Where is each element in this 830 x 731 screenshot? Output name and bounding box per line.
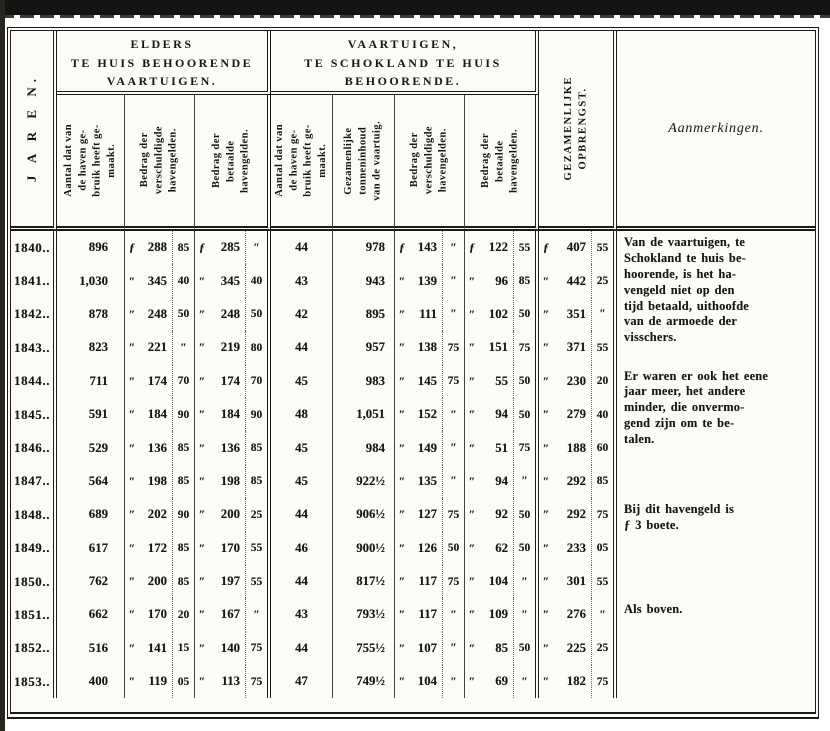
cents: 85	[591, 465, 613, 498]
guilder-sign: ″	[395, 632, 409, 665]
schokland-title: VAARTUIGEN, TE SCHOKLAND TE HUIS BEHOORE…	[304, 35, 502, 91]
year-cell: 1847..	[11, 465, 57, 498]
guilders: 172	[139, 532, 172, 565]
cents: ″	[245, 598, 267, 631]
cents: 55	[591, 231, 613, 264]
opbrengst-value: ″ 442 25	[539, 264, 617, 297]
guilder-sign: ″	[125, 365, 139, 398]
guilders: 345	[209, 264, 245, 297]
guilders: 145	[409, 365, 442, 398]
cents: 25	[591, 264, 613, 297]
elders-aantal-value: 400	[57, 665, 125, 698]
schokland-verschuldigd-value: ″ 126 50	[395, 532, 465, 565]
guilder-sign: ″	[195, 264, 209, 297]
schokland-tonnen-value: 983	[333, 365, 395, 398]
guilders: 301	[553, 565, 591, 598]
guilders: 138	[409, 331, 442, 364]
guilder-sign: ″	[125, 298, 139, 331]
cents: 55	[591, 565, 613, 598]
guilder-sign: ″	[195, 665, 209, 698]
schokland-tonnen-value: 957	[333, 331, 395, 364]
schokland-verschuldigd-value: ″ 111 ″	[395, 298, 465, 331]
guilder-sign: ″	[195, 331, 209, 364]
elders-betaald-value: ″ 200 25	[195, 498, 271, 531]
schokland-betaald-value: ″ 104 ″	[465, 565, 539, 598]
header-jaren: J A R E N.	[11, 31, 57, 231]
guilders: 345	[139, 264, 172, 297]
remark-note: Als boven.	[624, 602, 811, 618]
year-cell: 1852..	[11, 632, 57, 665]
cents: ″	[442, 632, 464, 665]
opbrengst-value: ″ 230 20	[539, 365, 617, 398]
cents: 50	[513, 532, 535, 565]
cents: ″	[442, 665, 464, 698]
header-aanmerkingen: Aanmerkingen.	[617, 31, 815, 231]
guilder-sign: ″	[125, 598, 139, 631]
schokland-aantal-value: 44	[271, 331, 333, 364]
guilder-sign: ″	[465, 465, 479, 498]
cents: 85	[513, 264, 535, 297]
schokland-aantal-value: 43	[271, 598, 333, 631]
year-cell: 1843..	[11, 331, 57, 364]
year-cell: 1849..	[11, 532, 57, 565]
guilder-sign: ″	[125, 264, 139, 297]
guilders: 198	[209, 465, 245, 498]
cents: 50	[513, 498, 535, 531]
guilder-sign: ″	[125, 532, 139, 565]
cents: 05	[172, 665, 194, 698]
schokland-tonnen-value: 984	[333, 431, 395, 464]
guilders: 117	[409, 598, 442, 631]
elders-verschuldigd-value: ″ 345 40	[125, 264, 195, 297]
guilder-sign: ″	[125, 331, 139, 364]
cents: 75	[513, 331, 535, 364]
guilder-sign: ″	[195, 431, 209, 464]
guilder-sign: ″	[395, 598, 409, 631]
opbrengst-value: ″ 301 55	[539, 565, 617, 598]
guilder-sign: ƒ	[465, 231, 479, 264]
schokland-tonnen-value: 755½	[333, 632, 395, 665]
group-header-schokland: VAARTUIGEN, TE SCHOKLAND TE HUIS BEHOORE…	[271, 31, 539, 95]
cents: 75	[442, 331, 464, 364]
guilders: 143	[409, 231, 442, 264]
elders-verschuldigd-value: ƒ 288 85	[125, 231, 195, 264]
schokland-aantal-value: 44	[271, 231, 333, 264]
schokland-verschuldigd-value: ″ 117 ″	[395, 598, 465, 631]
opbrengst-value: ″ 276 ″	[539, 598, 617, 631]
guilder-sign: ″	[539, 665, 553, 698]
schokland-verschuldigd-value: ″ 127 75	[395, 498, 465, 531]
schokland-aantal-value: 48	[271, 398, 333, 431]
cents: 05	[591, 532, 613, 565]
guilders: 219	[209, 331, 245, 364]
guilder-sign: ƒ	[195, 231, 209, 264]
cents: 50	[442, 532, 464, 565]
guilders: 197	[209, 565, 245, 598]
schokland-verschuldigd-value: ″ 135 ″	[395, 465, 465, 498]
guilders: 151	[479, 331, 513, 364]
guilders: 109	[479, 598, 513, 631]
schokland-aantal-value: 43	[271, 264, 333, 297]
guilders: 149	[409, 431, 442, 464]
guilder-sign: ″	[465, 498, 479, 531]
subheader-elders-aantal: Aantal dat van de haven ge- bruik heeft …	[57, 95, 125, 231]
guilder-sign: ″	[195, 365, 209, 398]
guilders: 225	[553, 632, 591, 665]
guilder-sign: ″	[465, 632, 479, 665]
cents: 85	[172, 565, 194, 598]
scan-top-edge-artifact	[0, 0, 830, 15]
guilder-sign: ″	[125, 431, 139, 464]
year-cell: 1850..	[11, 565, 57, 598]
guilder-sign: ″	[539, 565, 553, 598]
guilder-sign: ″	[195, 565, 209, 598]
guilders: 152	[409, 398, 442, 431]
opbrengst-value: ƒ 407 55	[539, 231, 617, 264]
guilder-sign: ″	[395, 398, 409, 431]
cents: ″	[591, 598, 613, 631]
cents: 50	[245, 298, 267, 331]
guilder-sign: ″	[465, 431, 479, 464]
guilders: 188	[553, 431, 591, 464]
subheader-schokland-aantal: Aantal dat van de haven ge- bruik heeft …	[271, 95, 333, 231]
schokland-tonnen-value: 943	[333, 264, 395, 297]
cents: ″	[442, 465, 464, 498]
guilder-sign: ″	[539, 431, 553, 464]
elders-verschuldigd-value: ″ 170 20	[125, 598, 195, 631]
remark-note: Er waren er ook het eene jaar meer, het …	[624, 369, 811, 448]
cents: 75	[442, 565, 464, 598]
year-cell: 1848..	[11, 498, 57, 531]
elders-verschuldigd-value: ″ 200 85	[125, 565, 195, 598]
elders-aantal-value: 662	[57, 598, 125, 631]
schokland-betaald-value: ″ 51 75	[465, 431, 539, 464]
cents: ″	[513, 598, 535, 631]
year-cell: 1846..	[11, 431, 57, 464]
cents: 40	[245, 264, 267, 297]
guilders: 119	[139, 665, 172, 698]
schokland-betaald-value: ″ 92 50	[465, 498, 539, 531]
guilders: 184	[139, 398, 172, 431]
guilder-sign: ″	[125, 465, 139, 498]
guilder-sign: ″	[395, 264, 409, 297]
schokland-verschuldigd-value: ″ 152 ″	[395, 398, 465, 431]
subheader-schokland-tonnen: Gezamenlijke tonneninhoud van de vaartui…	[333, 95, 395, 231]
guilders: 170	[139, 598, 172, 631]
guilders: 221	[139, 331, 172, 364]
elders-aantal-value: 591	[57, 398, 125, 431]
elders-betaald-value: ″ 184 90	[195, 398, 271, 431]
year-cell: 1840..	[11, 231, 57, 264]
schokland-aantal-value: 44	[271, 632, 333, 665]
elders-betaald-value: ″ 136 85	[195, 431, 271, 464]
guilders: 126	[409, 532, 442, 565]
guilder-sign: ″	[395, 331, 409, 364]
schokland-verschuldigd-value: ″ 149 ″	[395, 431, 465, 464]
guilder-sign: ″	[465, 665, 479, 698]
cents: 85	[172, 231, 194, 264]
guilder-sign: ″	[465, 565, 479, 598]
schokland-betaald-value: ″ 55 50	[465, 365, 539, 398]
guilder-sign: ″	[395, 298, 409, 331]
cents: ″	[442, 298, 464, 331]
guilders: 62	[479, 532, 513, 565]
cents: 90	[172, 398, 194, 431]
jaren-label: J A R E N.	[23, 74, 41, 182]
guilder-sign: ″	[125, 498, 139, 531]
scanned-document-page: J A R E N. ELDERS TE HUIS BEHOORENDE VAA…	[0, 0, 830, 731]
schokland-betaald-value: ″ 109 ″	[465, 598, 539, 631]
guilders: 127	[409, 498, 442, 531]
schokland-tonnen-value: 922½	[333, 465, 395, 498]
elders-aantal-value: 1,030	[57, 264, 125, 297]
elders-betaald-value: ″ 170 55	[195, 532, 271, 565]
elders-aantal-label: Aantal dat van de haven ge- bruik heeft …	[62, 124, 119, 197]
guilder-sign: ƒ	[395, 231, 409, 264]
elders-verschuldigd-value: ″ 136 85	[125, 431, 195, 464]
subheader-elders-verschuldigd: Bedrag der verschuldigde havengelden.	[125, 95, 195, 231]
cents: ″	[442, 598, 464, 631]
subheader-elders-betaald: Bedrag der betaalde havengelden.	[195, 95, 271, 231]
schokland-betaald-value: ″ 96 85	[465, 264, 539, 297]
remark-note: Van de vaartuigen, te Schokland te huis …	[624, 235, 811, 346]
guilders: 139	[409, 264, 442, 297]
elders-aantal-value: 689	[57, 498, 125, 531]
guilders: 170	[209, 532, 245, 565]
guilder-sign: ″	[539, 398, 553, 431]
guilders: 230	[553, 365, 591, 398]
cents: 15	[172, 632, 194, 665]
elders-betaald-value: ″ 113 75	[195, 665, 271, 698]
guilders: 122	[479, 231, 513, 264]
cents: 50	[513, 632, 535, 665]
guilder-sign: ″	[539, 532, 553, 565]
guilders: 442	[553, 264, 591, 297]
cents: 75	[513, 431, 535, 464]
schokland-aantal-value: 44	[271, 565, 333, 598]
schokland-verschuldigd-value: ƒ 143 ″	[395, 231, 465, 264]
guilders: 104	[409, 665, 442, 698]
scan-top-edge-noise	[0, 15, 830, 18]
schokland-tonnen-value: 978	[333, 231, 395, 264]
opbrengst-value: ″ 188 60	[539, 431, 617, 464]
schokland-betaald-value: ″ 102 50	[465, 298, 539, 331]
remark-note: Bij dit havengeld is ƒ 3 boete.	[624, 502, 811, 534]
cents: 90	[172, 498, 194, 531]
elders-aantal-value: 878	[57, 298, 125, 331]
schokland-verschuldigd-value: ″ 107 ″	[395, 632, 465, 665]
schokland-aantal-value: 45	[271, 431, 333, 464]
schokland-betaald-value: ″ 151 75	[465, 331, 539, 364]
guilders: 51	[479, 431, 513, 464]
schokland-aantal-value: 46	[271, 532, 333, 565]
year-cell: 1844..	[11, 365, 57, 398]
schokland-aantal-value: 45	[271, 365, 333, 398]
cents: ″	[442, 398, 464, 431]
cents: ″	[442, 431, 464, 464]
opbrengst-value: ″ 233 05	[539, 532, 617, 565]
elders-verschuldigd-value: ″ 141 15	[125, 632, 195, 665]
schokland-aantal-value: 45	[271, 465, 333, 498]
havengelden-table: J A R E N. ELDERS TE HUIS BEHOORENDE VAA…	[7, 27, 819, 719]
guilders: 85	[479, 632, 513, 665]
guilder-sign: ″	[395, 532, 409, 565]
scan-left-edge-artifact	[0, 0, 5, 731]
opbrengst-value: ″ 371 55	[539, 331, 617, 364]
cents: 25	[591, 632, 613, 665]
guilder-sign: ″	[465, 298, 479, 331]
guilders: 292	[553, 498, 591, 531]
guilder-sign: ″	[125, 665, 139, 698]
cents: 75	[442, 365, 464, 398]
elders-betaald-value: ″ 219 80	[195, 331, 271, 364]
elders-verschuldigd-value: ″ 202 90	[125, 498, 195, 531]
cents: ″	[591, 298, 613, 331]
guilders: 55	[479, 365, 513, 398]
elders-verschuldigd-value: ″ 174 70	[125, 365, 195, 398]
cents: 50	[172, 298, 194, 331]
cents: 50	[513, 398, 535, 431]
cents: ″	[172, 331, 194, 364]
elders-betaald-value: ″ 345 40	[195, 264, 271, 297]
guilders: 285	[209, 231, 245, 264]
guilder-sign: ″	[539, 331, 553, 364]
schokland-aantal-value: 47	[271, 665, 333, 698]
elders-betaald-value: ƒ 285 ″	[195, 231, 271, 264]
schokland-verschuldigd-label: Bedrag der verschuldigde havengelden.	[408, 126, 451, 194]
guilders: 248	[209, 298, 245, 331]
elders-aantal-value: 823	[57, 331, 125, 364]
schokland-verschuldigd-value: ″ 117 75	[395, 565, 465, 598]
schokland-betaald-value: ″ 69 ″	[465, 665, 539, 698]
elders-betaald-value: ″ 248 50	[195, 298, 271, 331]
opbrengst-value: ″ 351 ″	[539, 298, 617, 331]
guilder-sign: ″	[539, 264, 553, 297]
schokland-tonnen-value: 817½	[333, 565, 395, 598]
cents: 55	[513, 231, 535, 264]
table-grid: J A R E N. ELDERS TE HUIS BEHOORENDE VAA…	[11, 31, 815, 712]
schokland-verschuldigd-value: ″ 104 ″	[395, 665, 465, 698]
guilders: 174	[139, 365, 172, 398]
year-cell: 1853..	[11, 665, 57, 698]
schokland-betaald-value: ″ 85 50	[465, 632, 539, 665]
elders-betaald-value: ″ 174 70	[195, 365, 271, 398]
cents: 85	[172, 532, 194, 565]
elders-aantal-value: 711	[57, 365, 125, 398]
elders-title: ELDERS TE HUIS BEHOORENDE VAARTUIGEN.	[71, 35, 253, 91]
schokland-tonnen-label: Gezamenlijke tonneninhoud van de vaartui…	[342, 121, 385, 201]
cents: ″	[442, 264, 464, 297]
cents: 60	[591, 431, 613, 464]
schokland-betaald-value: ƒ 122 55	[465, 231, 539, 264]
aanmerkingen-label: Aanmerkingen.	[668, 121, 764, 137]
cents: 80	[245, 331, 267, 364]
schokland-tonnen-value: 793½	[333, 598, 395, 631]
guilders: 69	[479, 665, 513, 698]
guilders: 248	[139, 298, 172, 331]
opbrengst-value: ″ 182 75	[539, 665, 617, 698]
year-cell: 1851..	[11, 598, 57, 631]
schokland-tonnen-value: 900½	[333, 532, 395, 565]
guilders: 288	[139, 231, 172, 264]
guilders: 136	[209, 431, 245, 464]
guilders: 371	[553, 331, 591, 364]
schokland-betaald-value: ″ 94 ″	[465, 465, 539, 498]
guilders: 276	[553, 598, 591, 631]
opbrengst-value: ″ 225 25	[539, 632, 617, 665]
guilder-sign: ″	[539, 632, 553, 665]
elders-verschuldigd-value: ″ 184 90	[125, 398, 195, 431]
guilders: 200	[139, 565, 172, 598]
guilder-sign: ″	[195, 465, 209, 498]
guilder-sign: ″	[465, 398, 479, 431]
guilders: 167	[209, 598, 245, 631]
guilder-sign: ″	[465, 365, 479, 398]
cents: 75	[245, 632, 267, 665]
cents: 20	[591, 365, 613, 398]
elders-betaald-value: ″ 167 ″	[195, 598, 271, 631]
guilders: 292	[553, 465, 591, 498]
guilder-sign: ″	[195, 598, 209, 631]
elders-verschuldigd-value: ″ 198 85	[125, 465, 195, 498]
guilders: 104	[479, 565, 513, 598]
guilders: 94	[479, 398, 513, 431]
cents: 85	[245, 431, 267, 464]
guilder-sign: ″	[465, 532, 479, 565]
elders-aantal-value: 564	[57, 465, 125, 498]
guilder-sign: ″	[195, 298, 209, 331]
guilder-sign: ″	[395, 565, 409, 598]
schokland-betaald-value: ″ 62 50	[465, 532, 539, 565]
guilder-sign: ″	[395, 498, 409, 531]
schokland-verschuldigd-value: ″ 139 ″	[395, 264, 465, 297]
group-header-elders: ELDERS TE HUIS BEHOORENDE VAARTUIGEN.	[57, 31, 271, 95]
cents: 75	[245, 665, 267, 698]
guilders: 141	[139, 632, 172, 665]
cents: ″	[245, 231, 267, 264]
guilders: 351	[553, 298, 591, 331]
cents: 50	[513, 365, 535, 398]
guilder-sign: ″	[125, 565, 139, 598]
cents: 85	[172, 431, 194, 464]
guilders: 102	[479, 298, 513, 331]
cents: ″	[513, 565, 535, 598]
guilder-sign: ″	[465, 598, 479, 631]
elders-verschuldigd-value: ″ 248 50	[125, 298, 195, 331]
guilder-sign: ƒ	[539, 231, 553, 264]
guilder-sign: ″	[195, 532, 209, 565]
schokland-tonnen-value: 895	[333, 298, 395, 331]
elders-aantal-value: 896	[57, 231, 125, 264]
cents: ″	[513, 665, 535, 698]
guilder-sign: ″	[195, 498, 209, 531]
opbrengst-value: ″ 279 40	[539, 398, 617, 431]
guilder-sign: ″	[539, 298, 553, 331]
cents: 75	[442, 498, 464, 531]
header-gezamenlijke-opbrengst: GEZAMENLIJKE OPBRENGST.	[539, 31, 617, 231]
guilder-sign: ″	[125, 632, 139, 665]
guilders: 184	[209, 398, 245, 431]
elders-verschuldigd-label: Bedrag der verschuldigde havengelden.	[138, 126, 181, 194]
guilders: 182	[553, 665, 591, 698]
year-cell: 1842..	[11, 298, 57, 331]
guilders: 407	[553, 231, 591, 264]
cents: 55	[591, 331, 613, 364]
cents: 40	[172, 264, 194, 297]
guilders: 200	[209, 498, 245, 531]
cents: 75	[591, 665, 613, 698]
guilder-sign: ″	[539, 465, 553, 498]
